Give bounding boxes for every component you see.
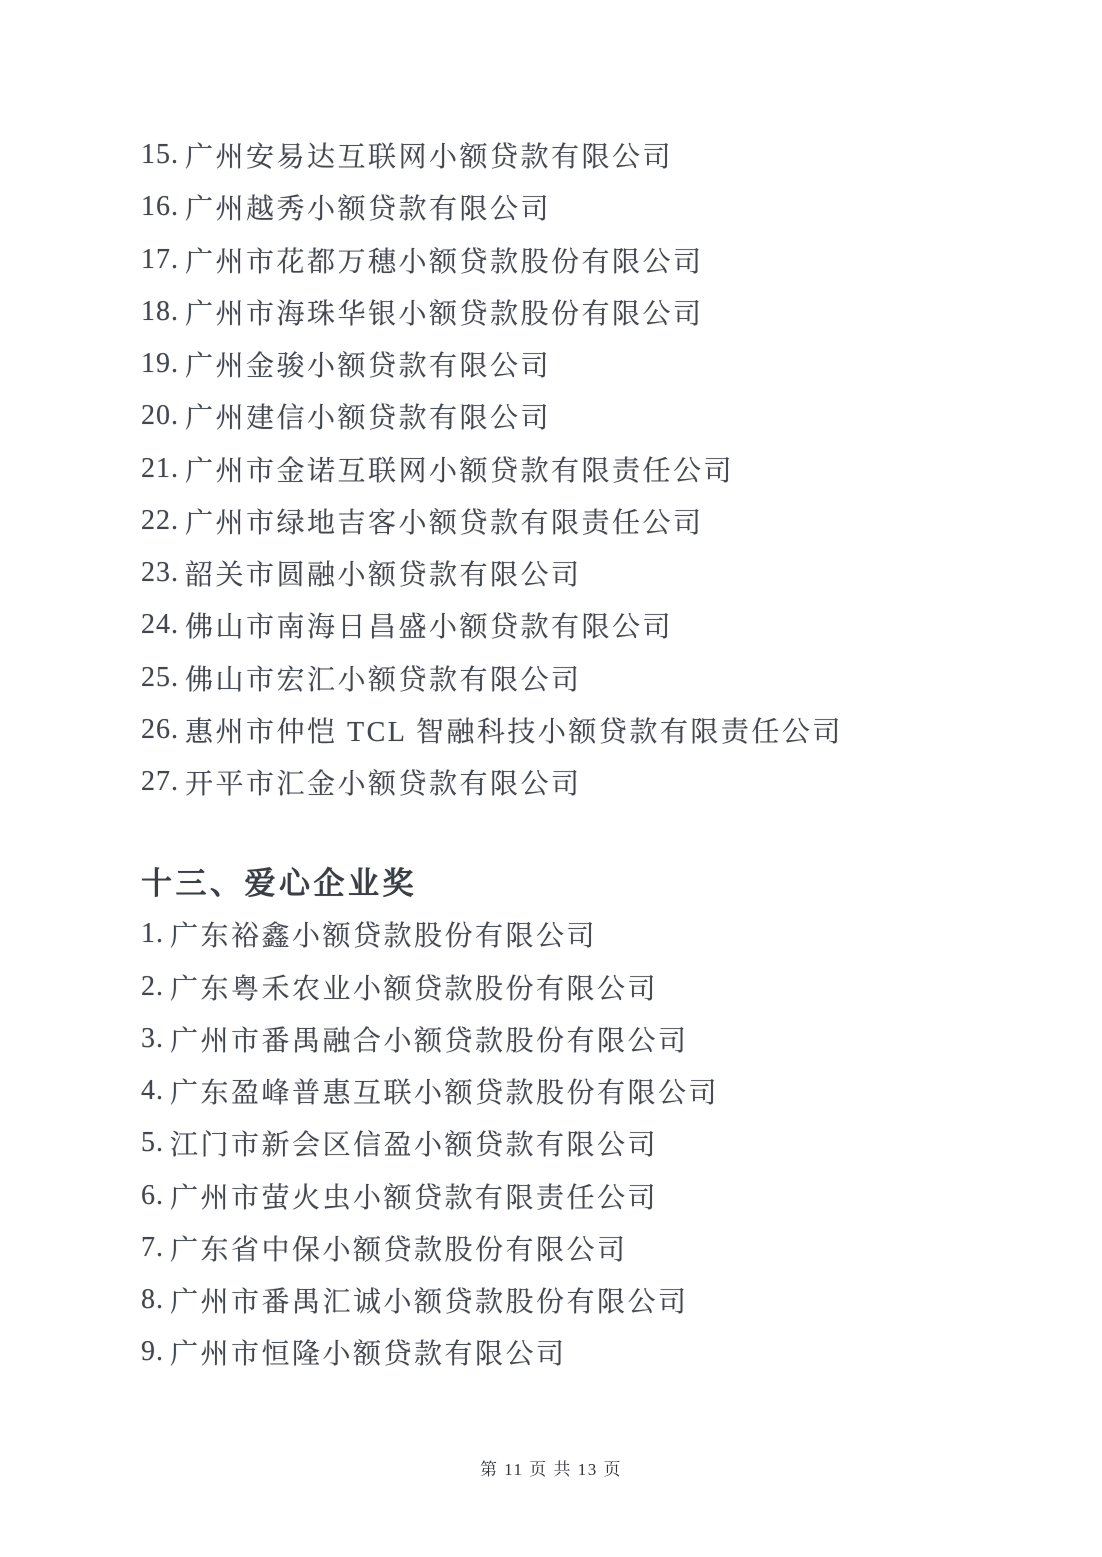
list-item: 17.广州市花都万穗小额贷款股份有限公司 — [141, 234, 1041, 286]
list-item-number: 18. — [141, 296, 179, 328]
list-item-text: 韶关市圆融小额贷款有限公司 — [185, 553, 582, 593]
list-item: 26.惠州市仲恺 TCL 智融科技小额贷款有限责任公司 — [141, 704, 1041, 756]
list-item-number: 5. — [141, 1127, 164, 1159]
page-footer: 第 11 页 共 13 页 — [0, 1455, 1102, 1480]
list-item-number: 20. — [141, 400, 179, 432]
list-item-number: 1. — [141, 918, 164, 950]
list-item-number: 2. — [141, 971, 164, 1003]
list-item: 27.开平市汇金小额贷款有限公司 — [141, 756, 1041, 808]
list-item: 3.广州市番禺融合小额贷款股份有限公司 — [141, 1013, 1041, 1065]
list-item-number: 8. — [141, 1284, 164, 1316]
list-item-text: 广东省中保小额贷款股份有限公司 — [170, 1228, 628, 1268]
list-item-text: 广东裕鑫小额贷款股份有限公司 — [170, 914, 597, 954]
list-item-number: 24. — [141, 609, 179, 641]
list-item-number: 15. — [141, 139, 179, 171]
section-heading: 十三、爱心企业奖 — [141, 854, 1041, 906]
document-page: 15.广州安易达互联网小额贷款有限公司16.广州越秀小额贷款有限公司17.广州市… — [0, 0, 1102, 1557]
list-item-text: 广州市番禺融合小额贷款股份有限公司 — [170, 1019, 689, 1059]
list-item: 25.佛山市宏汇小额贷款有限公司 — [141, 652, 1041, 704]
list-item-number: 25. — [141, 662, 179, 694]
list-item-number: 19. — [141, 348, 179, 380]
list-item-number: 9. — [141, 1336, 164, 1368]
list-item: 7.广东省中保小额贷款股份有限公司 — [141, 1222, 1041, 1274]
list-item: 8.广州市番禺汇诚小额贷款股份有限公司 — [141, 1274, 1041, 1326]
list-item-text: 广州市番禺汇诚小额贷款股份有限公司 — [170, 1280, 689, 1320]
list-item: 2.广东粤禾农业小额贷款股份有限公司 — [141, 961, 1041, 1013]
list-item-number: 27. — [141, 766, 179, 798]
list-item: 24.佛山市南海日昌盛小额贷款有限公司 — [141, 599, 1041, 651]
list-item-number: 4. — [141, 1075, 164, 1107]
list-item-text: 广州市金诺互联网小额贷款有限责任公司 — [185, 449, 734, 489]
list-item-text: 广州市绿地吉客小额贷款有限责任公司 — [185, 501, 704, 541]
list-item: 16.广州越秀小额贷款有限公司 — [141, 181, 1041, 233]
award-list-13: 1.广东裕鑫小额贷款股份有限公司2.广东粤禾农业小额贷款股份有限公司3.广州市番… — [141, 908, 1041, 1378]
list-item: 22.广州市绿地吉客小额贷款有限责任公司 — [141, 495, 1041, 547]
list-item-number: 7. — [141, 1232, 164, 1264]
list-item-text: 广州市海珠华银小额贷款股份有限公司 — [185, 292, 704, 332]
list-item: 5.江门市新会区信盈小额贷款有限公司 — [141, 1117, 1041, 1169]
list-item-text: 广州安易达互联网小额贷款有限公司 — [185, 135, 673, 175]
award-list-12: 15.广州安易达互联网小额贷款有限公司16.广州越秀小额贷款有限公司17.广州市… — [141, 129, 1041, 808]
list-item-number: 22. — [141, 505, 179, 537]
list-item-number: 16. — [141, 191, 179, 223]
list-item-text: 广州金骏小额贷款有限公司 — [185, 344, 551, 384]
list-item-text: 广州建信小额贷款有限公司 — [185, 396, 551, 436]
list-item: 6.广州市萤火虫小额贷款有限责任公司 — [141, 1170, 1041, 1222]
list-item-number: 17. — [141, 244, 179, 276]
list-item: 9.广州市恒隆小额贷款有限公司 — [141, 1326, 1041, 1378]
list-item-text: 广东盈峰普惠互联小额贷款股份有限公司 — [170, 1071, 719, 1111]
list-item-number: 23. — [141, 557, 179, 589]
list-item: 18.广州市海珠华银小额贷款股份有限公司 — [141, 286, 1041, 338]
list-item-text: 广东粤禾农业小额贷款股份有限公司 — [170, 967, 658, 1007]
list-item-text: 开平市汇金小额贷款有限公司 — [185, 762, 582, 802]
list-item-text: 江门市新会区信盈小额贷款有限公司 — [170, 1123, 658, 1163]
list-item-text: 佛山市宏汇小额贷款有限公司 — [185, 658, 582, 698]
list-item: 21.广州市金诺互联网小额贷款有限责任公司 — [141, 443, 1041, 495]
list-item: 20.广州建信小额贷款有限公司 — [141, 390, 1041, 442]
document-content: 15.广州安易达互联网小额贷款有限公司16.广州越秀小额贷款有限公司17.广州市… — [141, 129, 1041, 1379]
list-item: 4.广东盈峰普惠互联小额贷款股份有限公司 — [141, 1065, 1041, 1117]
list-item: 15.广州安易达互联网小额贷款有限公司 — [141, 129, 1041, 181]
list-item-text: 广州越秀小额贷款有限公司 — [185, 187, 551, 227]
list-item-text: 佛山市南海日昌盛小额贷款有限公司 — [185, 605, 673, 645]
list-item-text: 广州市花都万穗小额贷款股份有限公司 — [185, 240, 704, 280]
list-item-number: 6. — [141, 1180, 164, 1212]
list-item-text: 广州市萤火虫小额贷款有限责任公司 — [170, 1176, 658, 1216]
list-item-text: 广州市恒隆小额贷款有限公司 — [170, 1332, 567, 1372]
list-item: 23.韶关市圆融小额贷款有限公司 — [141, 547, 1041, 599]
list-item: 19.广州金骏小额贷款有限公司 — [141, 338, 1041, 390]
list-item-number: 21. — [141, 453, 179, 485]
list-item: 1.广东裕鑫小额贷款股份有限公司 — [141, 908, 1041, 960]
list-item-text: 惠州市仲恺 TCL 智融科技小额贷款有限责任公司 — [185, 710, 843, 750]
list-item-number: 3. — [141, 1023, 164, 1055]
list-item-number: 26. — [141, 714, 179, 746]
